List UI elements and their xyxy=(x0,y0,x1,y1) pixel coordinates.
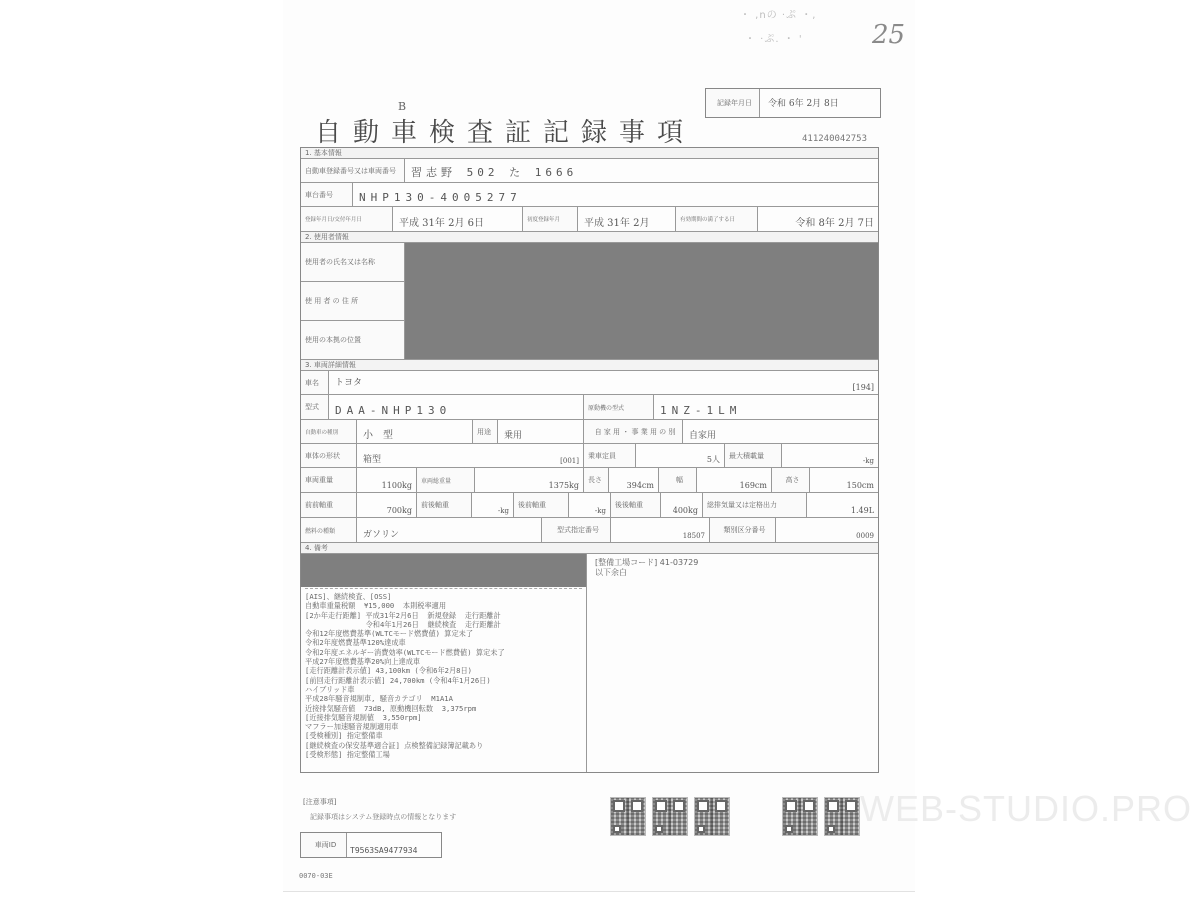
expiry-date-value: 令和 8年 2月 7日 xyxy=(758,207,878,231)
remarks-line: 平成27年度燃費基準20%向上達成車 xyxy=(305,657,582,666)
vehicle-id-value: T9563SA9477934 xyxy=(347,833,421,857)
front-rear-axle-label: 前後軸重 xyxy=(417,493,472,517)
width-label: 幅 xyxy=(659,468,697,492)
use-label: 用途 xyxy=(473,420,498,443)
length-label: 長さ xyxy=(584,468,609,492)
capacity-value: 5人 xyxy=(636,444,725,467)
make-value: トヨタ xyxy=(335,375,362,388)
rear-rear-axle-value: 400kg xyxy=(661,493,703,517)
first-registration-value: 平成 31年 2月 xyxy=(578,207,676,231)
fuel-label: 燃料の種類 xyxy=(301,518,357,542)
handwritten-number: 25 xyxy=(872,20,905,50)
make-label: 車名 xyxy=(301,371,329,394)
chassis-number-value: NHP130-4005277 xyxy=(353,183,878,206)
record-date-box: 記録年月日 令和 6年 2月 8日 xyxy=(705,88,881,118)
document-number: 411240042753 xyxy=(802,134,867,144)
length-value: 394cm xyxy=(609,468,659,492)
qr-code-icon xyxy=(652,797,688,836)
faint-stamp-line-1: ・ ,nの ·ぷ ・, xyxy=(740,6,816,21)
remarks-line: マフラー加速騒音規制適用車 xyxy=(305,722,582,731)
front-front-axle-label: 前前軸重 xyxy=(301,493,357,517)
section-remarks-heading: 4. 備考 xyxy=(301,543,878,554)
record-date-value: 令和 6年 2月 8日 xyxy=(760,89,880,117)
width-value: 169cm xyxy=(697,468,772,492)
vehicle-weight-label: 車両重量 xyxy=(301,468,357,492)
height-label: 高さ xyxy=(772,468,810,492)
expiry-date-label: 有効期間の満了する日 xyxy=(676,207,758,231)
vehicle-type-value: 小 型 xyxy=(357,420,473,443)
user-address-label: 使 用 者 の 住 所 xyxy=(301,282,404,321)
form-code: 0070-03E xyxy=(299,872,333,880)
displacement-label: 総排気量又は定格出力 xyxy=(703,493,807,517)
front-front-axle-value: 700kg xyxy=(357,493,417,517)
model-label: 型式 xyxy=(301,395,329,419)
remarks-line: [AIS]、継続検査、[OSS] xyxy=(305,592,582,601)
remarks-line: ハイブリッド車 xyxy=(305,685,582,694)
user-name-label: 使用者の氏名又は名称 xyxy=(301,243,404,282)
front-rear-axle-value: -kg xyxy=(472,493,514,517)
type-designation-label: 型式指定番号 xyxy=(542,518,611,542)
private-business-value: 自家用 xyxy=(683,420,878,443)
body-row: 車体の形状 箱型 [001] 乗車定員 5人 最大積載量 -kg xyxy=(301,444,878,468)
use-value: 乗用 xyxy=(498,420,584,443)
watermark: WEB-STUDIO.PRO xyxy=(860,788,1192,830)
private-business-label: 自 家 用 ・ 事 業 用 の 別 xyxy=(584,420,683,443)
height-value: 150cm xyxy=(810,468,878,492)
chassis-number-row: 車台番号 NHP130-4005277 xyxy=(301,183,878,207)
first-registration-label: 初度登録年月 xyxy=(523,207,578,231)
make-row: 車名 トヨタ [194] xyxy=(301,371,878,395)
gross-weight-value: 1375kg xyxy=(475,468,584,492)
max-load-label: 最大積載量 xyxy=(725,444,782,467)
remarks-line: [継続検査の保安基準適合証] 点検整備記録簿記載あり xyxy=(305,741,582,750)
user-info-labels: 使用者の氏名又は名称 使 用 者 の 住 所 使用の本拠の位置 xyxy=(301,243,405,359)
registration-number-label: 自動車登録番号又は車両番号 xyxy=(301,159,405,182)
section-vehicle-details-heading: 3. 車両詳細情報 xyxy=(301,360,878,371)
qr-code-icon xyxy=(610,797,646,836)
user-info-block: 使用者の氏名又は名称 使 用 者 の 住 所 使用の本拠の位置 xyxy=(301,243,878,360)
remarks-line: 令和2年度燃費基準120%達成車 xyxy=(305,638,582,647)
registration-date-value: 平成 31年 2月 6日 xyxy=(393,207,523,231)
capacity-label: 乗車定員 xyxy=(584,444,636,467)
qr-code-icon xyxy=(694,797,730,836)
body-shape-cell: 箱型 [001] xyxy=(357,444,584,467)
remarks-line: 令和2年度エネルギー消費効率(WLTCモード燃費値) 算定未了 xyxy=(305,648,582,657)
vehicle-type-label: 自動車の種別 xyxy=(301,420,357,443)
remarks-line: [受検形態] 指定整備工場 xyxy=(305,750,582,759)
notice-heading: [注意事項] xyxy=(303,797,336,807)
registration-date-label: 登録年月日/交付年月日 xyxy=(301,207,393,231)
gross-weight-label: 車両総重量 xyxy=(417,468,475,492)
displacement-value: 1.49L xyxy=(807,493,878,517)
remarks-text: [AIS]、継続検査、[OSS]自動車重量税額 ¥15,000 本則税率適用[2… xyxy=(301,589,586,762)
remarks-line: [受検種別] 指定整備車 xyxy=(305,731,582,740)
model-row: 型式 DAA-NHP130 原動機の型式 1NZ-1LM xyxy=(301,395,878,420)
type-row: 自動車の種別 小 型 用途 乗用 自 家 用 ・ 事 業 用 の 別 自家用 xyxy=(301,420,878,444)
rear-rear-axle-label: 後後軸重 xyxy=(611,493,661,517)
fuel-row: 燃料の種類 ガソリン 型式指定番号 18507 類別区分番号 0009 xyxy=(301,518,878,543)
workshop-code-line: [整備工場コード] 41-03729 xyxy=(595,558,870,568)
vehicle-id-box: 車両ID T9563SA9477934 xyxy=(300,832,442,858)
weight-dimensions-row: 車両重量 1100kg 車両総重量 1375kg 長さ 394cm 幅 169c… xyxy=(301,468,878,493)
registration-number-row: 自動車登録番号又は車両番号 習志野 502 た 1666 xyxy=(301,159,878,183)
remarks-right: [整備工場コード] 41-03729 以下余白 xyxy=(587,554,878,772)
fuel-value: ガソリン xyxy=(357,518,542,542)
model-value: DAA-NHP130 xyxy=(329,395,584,419)
inspection-form: 1. 基本情報 自動車登録番号又は車両番号 習志野 502 た 1666 車台番… xyxy=(300,147,879,773)
type-designation-value: 18507 xyxy=(611,518,710,542)
redacted-user-info xyxy=(405,243,878,359)
section-basic-info-heading: 1. 基本情報 xyxy=(301,148,878,159)
remarks-line: 平成28年騒音規制車, 騒音カテゴリ M1A1A xyxy=(305,694,582,703)
remarks-line: 令和4年1月26日 継続検査 走行距離計 xyxy=(305,620,582,629)
base-location-label: 使用の本拠の位置 xyxy=(301,321,404,359)
qr-code-icon xyxy=(824,797,860,836)
make-cell: トヨタ [194] xyxy=(329,371,878,394)
chassis-number-label: 車台番号 xyxy=(301,183,353,206)
remarks-line: [前回走行距離計表示値] 24,700km (令和4年1月26日) xyxy=(305,676,582,685)
vehicle-id-label: 車両ID xyxy=(301,833,347,857)
remarks-line: 令和12年度燃費基準(WLTCモード燃費値) 算定未了 xyxy=(305,629,582,638)
document-title: 自動車検査証記録事項 xyxy=(315,112,695,149)
remarks-line: 自動車重量税額 ¥15,000 本則税率適用 xyxy=(305,601,582,610)
axle-row: 前前軸重 700kg 前後軸重 -kg 後前軸重 -kg 後後軸重 400kg … xyxy=(301,493,878,518)
make-code: [194] xyxy=(852,383,874,392)
body-shape-label: 車体の形状 xyxy=(301,444,357,467)
faint-stamp-line-2: ・ ·ぷ. ・ ' xyxy=(745,30,803,45)
qr-code-icon xyxy=(782,797,818,836)
body-shape-code: [001] xyxy=(560,457,579,465)
rear-front-axle-value: -kg xyxy=(569,493,611,517)
section-user-info-heading: 2. 使用者情報 xyxy=(301,232,878,243)
category-value: 0009 xyxy=(776,518,878,542)
blank-below-line: 以下余白 xyxy=(595,568,870,578)
dates-row: 登録年月日/交付年月日 平成 31年 2月 6日 初度登録年月 平成 31年 2… xyxy=(301,207,878,232)
remarks-line: [2か年走行距離] 平成31年2月6日 新規登録 走行距離計 xyxy=(305,611,582,620)
remarks-left: [AIS]、継続検査、[OSS]自動車重量税額 ¥15,000 本則税率適用[2… xyxy=(301,554,587,772)
remarks-line: [走行距離計表示値] 43,100km (令和6年2月8日) xyxy=(305,666,582,675)
remarks-block: [AIS]、継続検査、[OSS]自動車重量税額 ¥15,000 本則税率適用[2… xyxy=(301,554,878,772)
body-shape-value: 箱型 xyxy=(363,452,381,465)
record-date-label: 記録年月日 xyxy=(706,89,760,117)
rear-front-axle-label: 後前軸重 xyxy=(514,493,569,517)
category-label: 類別区分番号 xyxy=(710,518,776,542)
vehicle-weight-value: 1100kg xyxy=(357,468,417,492)
remarks-line: [近接排気騒音規制値 3,550rpm] xyxy=(305,713,582,722)
registration-number-value: 習志野 502 た 1666 xyxy=(405,159,878,182)
engine-model-value: 1NZ-1LM xyxy=(654,395,878,419)
max-load-value: -kg xyxy=(782,444,878,467)
redacted-remarks xyxy=(301,554,586,587)
engine-model-label: 原動機の型式 xyxy=(584,395,654,419)
notice-text: 記録事項はシステム登録時点の情報となります xyxy=(310,812,456,822)
remarks-line: 近接排気騒音値 73dB, 原動機回転数 3,375rpm xyxy=(305,704,582,713)
